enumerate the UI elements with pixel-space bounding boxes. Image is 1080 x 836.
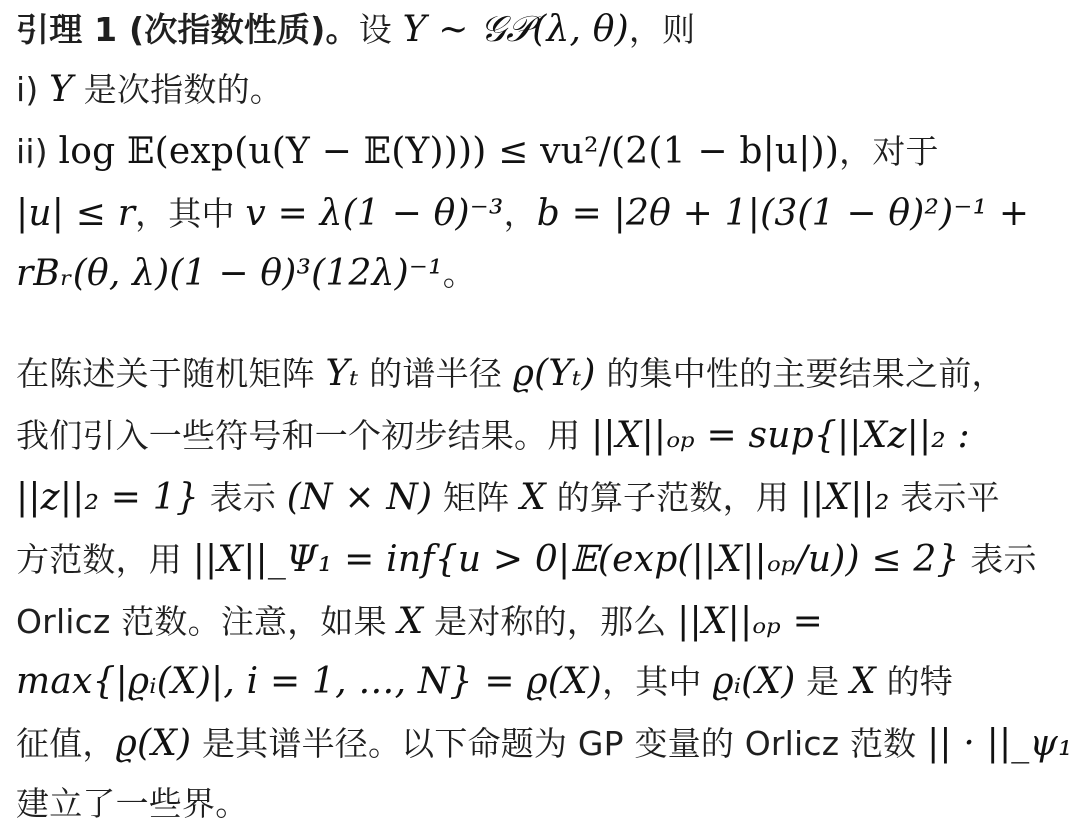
text-run: 矩阵 [432, 478, 520, 517]
text-run: 在陈述关于随机矩阵 [16, 354, 326, 393]
lemma-intro-math: Y ∼ 𝒢𝒫(λ, θ) [403, 9, 629, 50]
text-run: 建立了一些界。 [16, 784, 248, 823]
math-run: ϱ(X) [116, 723, 192, 764]
lemma-header-line: 引理 1 (次指数性质)。设 Y ∼ 𝒢𝒫(λ, θ)，则 [16, 8, 695, 52]
line3-suffix: 。 [443, 254, 476, 293]
paragraph-line-2: 我们引入一些符号和一个初步结果。用 ||X||ₒₚ = sup{||Xz||₂ … [16, 414, 970, 458]
paragraph-line-7: 征值，ϱ(X) 是其谱半径。以下命题为 GP 变量的 Orlicz 范数 || … [16, 722, 1073, 766]
paragraph-line-1: 在陈述关于随机矩阵 Yₜ 的谱半径 ϱ(Yₜ) 的集中性的主要结果之前， [16, 352, 1005, 396]
lemma-item-ii-line-3: rBᵣ(θ, λ)(1 − θ)³(12λ)⁻¹。 [16, 252, 476, 296]
operator-norm-math: ||X||ₒₚ = sup{||Xz||₂ : [591, 415, 970, 456]
text-run: 表示 [199, 478, 287, 517]
item-i-text: 是次指数的。 [73, 70, 283, 109]
text-run: 是其谱半径。以下命题为 GP 变量的 Orlicz 范数 [191, 724, 927, 763]
text-run: Orlicz 范数。注意，如果 [16, 602, 398, 641]
text-run: 是对称的，那么 [423, 602, 677, 641]
item-i-math: Y [49, 69, 73, 110]
v-definition-math: v = λ(1 − θ)⁻³ [245, 193, 503, 234]
text-run: 的谱半径 [359, 354, 513, 393]
text-run: 我们引入一些符号和一个初步结果。用 [16, 416, 591, 455]
math-run: ϱᵢ(X) [712, 661, 795, 702]
math-run: ||X||ₒₚ = [677, 601, 823, 642]
text-run: ，其中 [602, 662, 712, 701]
line2-text-a: ，其中 [135, 194, 245, 233]
math-run: (N × N) [287, 477, 433, 518]
b-definition-math: b = |2θ + 1|(3(1 − θ)²)⁻¹ + [537, 193, 1029, 234]
lemma-item-i: i) Y 是次指数的。 [16, 68, 283, 112]
paragraph-line-6: max{|ϱᵢ(X)|, i = 1, …, N} = ϱ(X)，其中 ϱᵢ(X… [16, 660, 953, 704]
text-run: 是 [795, 662, 850, 701]
paragraph-line-8: 建立了一些界。 [16, 782, 248, 826]
orlicz-norm-math: ||X||_Ψ₁ = inf{u > 0|𝔼(exp(||X||ₒₚ/u)) ≤… [193, 539, 960, 580]
math-run: X [398, 601, 424, 642]
text-run: 征值， [16, 724, 116, 763]
lemma-title: 引理 1 (次指数性质)。 [16, 10, 359, 49]
math-run: ||z||₂ = 1} [16, 477, 199, 518]
text-run: 的集中性的主要结果之前， [596, 354, 1005, 393]
item-ii-line1-suffix: ，对于 [839, 132, 939, 171]
text-run: 的算子范数，用 [546, 478, 800, 517]
text-run: 表示 [960, 540, 1037, 579]
u-bound-math: |u| ≤ r [16, 193, 135, 234]
b-definition-continued-math: rBᵣ(θ, λ)(1 − θ)³(12λ)⁻¹ [16, 253, 443, 294]
item-ii-inequality: log 𝔼(exp(u(Y − 𝔼(Y)))) ≤ vu²/(2(1 − b|u… [59, 131, 840, 172]
math-run: || · ||_ψ₁ [927, 723, 1073, 764]
math-run: X [850, 661, 876, 702]
line2-text-b: ， [504, 194, 537, 233]
math-run: X [520, 477, 546, 518]
item-ii-label: ii) [16, 132, 59, 171]
math-run: ||X||₂ [800, 477, 890, 518]
paragraph-line-4: 方范数，用 ||X||_Ψ₁ = inf{u > 0|𝔼(exp(||X||ₒₚ… [16, 538, 1037, 582]
paragraph-line-3: ||z||₂ = 1} 表示 (N × N) 矩阵 X 的算子范数，用 ||X|… [16, 476, 1000, 520]
math-run: ϱ(Yₜ) [513, 353, 596, 394]
text-run: 方范数，用 [16, 540, 193, 579]
paragraph-line-5: Orlicz 范数。注意，如果 X 是对称的，那么 ||X||ₒₚ = [16, 600, 823, 644]
lemma-item-ii-line-2: |u| ≤ r，其中 v = λ(1 − θ)⁻³，b = |2θ + 1|(3… [16, 192, 1029, 236]
text-run: 表示平 [890, 478, 1000, 517]
item-i-label: i) [16, 70, 49, 109]
lemma-item-ii-line-1: ii) log 𝔼(exp(u(Y − 𝔼(Y)))) ≤ vu²/(2(1 −… [16, 130, 939, 174]
lemma-intro-prefix: 设 [359, 10, 403, 49]
math-run: Yₜ [326, 353, 359, 394]
lemma-intro-suffix: ，则 [629, 10, 695, 49]
text-run: 的特 [876, 662, 953, 701]
math-run: max{|ϱᵢ(X)|, i = 1, …, N} = ϱ(X) [16, 661, 602, 702]
